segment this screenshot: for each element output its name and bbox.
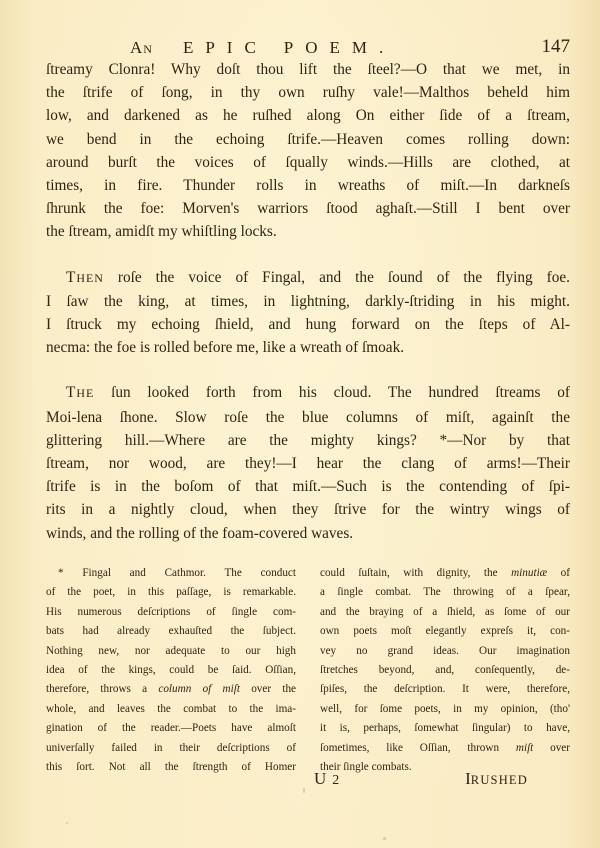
footnote-line: bats had already exhauſted the ſubject. bbox=[46, 622, 296, 641]
main-text: ſtreamy Clonra! Why doſt thou lift the ſ… bbox=[46, 58, 570, 545]
footnote-line: ſtretches beyond, and, conſequently, de- bbox=[320, 661, 570, 680]
text-line: the ſtream, amidſt my whiſtling locks. bbox=[46, 220, 570, 243]
signature-number: 2 bbox=[332, 773, 345, 788]
lead-cap: T bbox=[66, 269, 76, 286]
footnote-text: could ſuſtain, with dignity, the bbox=[320, 567, 511, 579]
text-line: necma: the foe is rolled before me, like… bbox=[46, 336, 570, 359]
running-head-an-cap: A bbox=[130, 38, 143, 58]
text-line: ſtreamy Clonra! Why doſt thou lift the ſ… bbox=[46, 58, 570, 81]
text-line: low, and darkened as he ruſhed along On … bbox=[46, 104, 570, 127]
footnote-text: therefore, throws a bbox=[46, 683, 158, 695]
catchword-small-caps: RUSHED bbox=[471, 773, 528, 787]
text-line: glittering hill.—Where are the mighty ki… bbox=[46, 429, 570, 452]
text-line: I ſaw the king, at times, in lightning, … bbox=[46, 290, 570, 313]
footnote-line: well, for ſome poets, in my opinion, (th… bbox=[320, 700, 570, 719]
paper-speck bbox=[383, 837, 386, 840]
footnote-line: and the braying of a ſhield, as ſome of … bbox=[320, 603, 570, 622]
footnote-text: over the bbox=[240, 683, 296, 695]
footnote-line: * Fingal and Cathmor. The conduct bbox=[46, 564, 296, 583]
text-line: THE ſun looked forth from his cloud. The… bbox=[46, 381, 570, 405]
footnote-line: vey no grand ideas. Our imagination bbox=[320, 642, 570, 661]
text-line: I ſtruck my echoing ſhield, and hung for… bbox=[46, 313, 570, 336]
lead-cap: T bbox=[66, 384, 76, 401]
footnote-line: gination of the reader.—Poets have almoſ… bbox=[46, 719, 296, 738]
paragraph-1: ſtreamy Clonra! Why doſt thou lift the ſ… bbox=[46, 58, 570, 244]
footnote-italic: minutiæ bbox=[511, 567, 547, 579]
footnote-text: over bbox=[533, 742, 570, 754]
signature-letter: U bbox=[314, 769, 332, 788]
paragraph-2: THEN roſe the voice of Fingal, and the ſ… bbox=[46, 266, 570, 360]
text-line: ſhrunk the foe: Morven's warriors ſtood … bbox=[46, 197, 570, 220]
footnote-line: ſometimes, like Oſſian, thrown miſt over bbox=[320, 739, 570, 758]
running-head-word-an: AN bbox=[130, 38, 153, 58]
lead-rest: roſe the voice of Fingal, and the ſound … bbox=[104, 269, 570, 286]
footnote-text: ſometimes, like Oſſian, thrown bbox=[320, 742, 516, 754]
paper-speck bbox=[66, 822, 68, 824]
text-line: times, in fire. Thunder rolls in wreaths… bbox=[46, 174, 570, 197]
lead-rest: ſun looked forth from his cloud. The hun… bbox=[94, 384, 570, 401]
text-line: ſtream, nor wood, are they!—I hear the c… bbox=[46, 452, 570, 475]
text-line: winds, and the rolling of the foam-cover… bbox=[46, 522, 570, 545]
footnote: * Fingal and Cathmor. The conduct of the… bbox=[46, 564, 570, 777]
footnote-line: it is, perhaps, ſomewhat ſingular) to ha… bbox=[320, 719, 570, 738]
footnote-line: this ſort. Not all the ſtrength of Homer bbox=[46, 758, 296, 777]
text-line: the ſtrife of ſong, in thy own ruſhy val… bbox=[46, 81, 570, 104]
lead-small-caps: HE bbox=[76, 386, 94, 400]
lead-small-caps: HEN bbox=[76, 271, 104, 285]
text-line: we bend in the echoing ſtrife.—Heaven co… bbox=[46, 128, 570, 151]
footnote-text: of bbox=[547, 567, 570, 579]
signature-mark: U2 bbox=[314, 769, 345, 789]
footnote-line: could ſuſtain, with dignity, the minutiæ… bbox=[320, 564, 570, 583]
text-line: THEN roſe the voice of Fingal, and the ſ… bbox=[46, 266, 570, 290]
text-line: rits in a nightly cloud, when they ſtriv… bbox=[46, 498, 570, 521]
page-footer: U2 IRUSHED bbox=[314, 769, 528, 793]
footnote-right-column: could ſuſtain, with dignity, the minutiæ… bbox=[320, 564, 570, 777]
footnote-line: whole, and leaves the combat to the ima- bbox=[46, 700, 296, 719]
text-line: Moi-lena ſhone. Slow roſe the blue colum… bbox=[46, 406, 570, 429]
footnote-line: ſpiſes, the deſcription. It were, theref… bbox=[320, 680, 570, 699]
running-head-title: ANEPICPOEM. bbox=[130, 38, 411, 58]
footnote-line: own poets moſt elegantly expreſs it, con… bbox=[320, 622, 570, 641]
footnote-left-column: * Fingal and Cathmor. The conduct of the… bbox=[46, 564, 296, 777]
footnote-line: univerſally failed in their deſcriptions… bbox=[46, 739, 296, 758]
text-line: ſtrife is in the boſom of that miſt.—Suc… bbox=[46, 475, 570, 498]
footnote-line: Nothing new, nor adequate to our high bbox=[46, 642, 296, 661]
page-number: 147 bbox=[542, 36, 571, 58]
running-head-word-epic: EPIC bbox=[183, 38, 268, 58]
footnote-line: His numerous deſcriptions of ſingle com- bbox=[46, 603, 296, 622]
book-page: ANEPICPOEM. 147 ſtreamy Clonra! Why doſt… bbox=[0, 0, 600, 848]
footnote-italic: column of miſt bbox=[158, 683, 240, 695]
running-head-word-poem: POEM. bbox=[284, 38, 395, 58]
catchword: IRUSHED bbox=[465, 769, 528, 789]
footnote-line: idea of the kings, could be ſaid. Oſſian… bbox=[46, 661, 296, 680]
footnote-line: a ſingle combat. The throwing of a ſpear… bbox=[320, 583, 570, 602]
running-head-an-sc: N bbox=[143, 42, 153, 57]
text-line: around burſt the voices of ſqually winds… bbox=[46, 151, 570, 174]
footnote-italic: miſt bbox=[516, 742, 533, 754]
paragraph-3: THE ſun looked forth from his cloud. The… bbox=[46, 381, 570, 544]
footnote-line: therefore, throws a column of miſt over … bbox=[46, 680, 296, 699]
footnote-line: of the poet, in this paſſage, is remarka… bbox=[46, 583, 296, 602]
paper-speck bbox=[303, 788, 305, 793]
